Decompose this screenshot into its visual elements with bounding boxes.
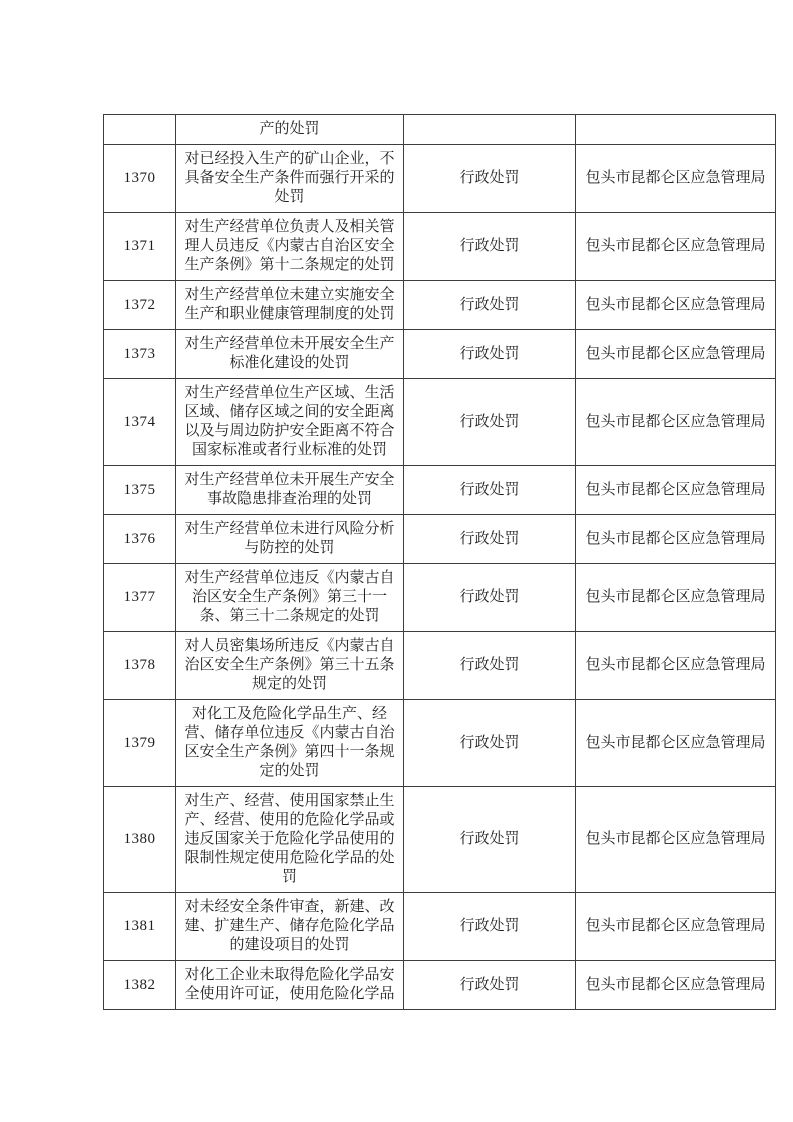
table-row: 1381 对未经安全条件审查，新建、改 建、扩建生产、储存危险化学品 的建设项目… <box>104 893 776 961</box>
implementing-agency-cell: 包头市昆都仑区应急管理局 <box>576 281 776 330</box>
table-row: 1371 对生产经营单位负责人及相关管 理人员违反《内蒙古自治区安全 生产条例》… <box>104 213 776 281</box>
implementing-agency-cell: 包头市昆都仑区应急管理局 <box>576 145 776 213</box>
penalty-items-table: 产的处罚 1370 对已经投入生产的矿山企业，不 具备安全生产条件而强行开采的 … <box>103 114 776 1010</box>
penalty-item-cell: 对生产经营单位违反《内蒙古自 治区安全生产条例》第三十一 条、第三十二条规定的处… <box>176 564 404 632</box>
document-page: 产的处罚 1370 对已经投入生产的矿山企业，不 具备安全生产条件而强行开采的 … <box>0 0 793 1122</box>
implementing-agency-cell: 包头市昆都仑区应急管理局 <box>576 330 776 379</box>
penalty-item-cell: 对未经安全条件审查，新建、改 建、扩建生产、储存危险化学品 的建设项目的处罚 <box>176 893 404 961</box>
row-number-cell: 1373 <box>104 330 176 379</box>
row-number-cell: 1372 <box>104 281 176 330</box>
penalty-item-cell: 对已经投入生产的矿山企业，不 具备安全生产条件而强行开采的 处罚 <box>176 145 404 213</box>
table-row: 1374 对生产经营单位生产区域、生活 区域、储存区域之间的安全距离 以及与周边… <box>104 379 776 466</box>
table-row: 1375 对生产经营单位未开展生产安全 事故隐患排查治理的处罚 行政处罚 包头市… <box>104 466 776 515</box>
table-row: 1372 对生产经营单位未建立实施安全 生产和职业健康管理制度的处罚 行政处罚 … <box>104 281 776 330</box>
row-number-cell <box>104 115 176 145</box>
penalty-type-cell: 行政处罚 <box>404 564 576 632</box>
implementing-agency-cell: 包头市昆都仑区应急管理局 <box>576 961 776 1010</box>
implementing-agency-cell: 包头市昆都仑区应急管理局 <box>576 787 776 893</box>
row-number-cell: 1374 <box>104 379 176 466</box>
row-number-cell: 1375 <box>104 466 176 515</box>
table-row: 1378 对人员密集场所违反《内蒙古自 治区安全生产条例》第三十五条 规定的处罚… <box>104 632 776 700</box>
implementing-agency-cell: 包头市昆都仑区应急管理局 <box>576 213 776 281</box>
penalty-item-cell: 对生产经营单位未开展生产安全 事故隐患排查治理的处罚 <box>176 466 404 515</box>
row-number-cell: 1379 <box>104 700 176 787</box>
penalty-item-cell: 对生产经营单位生产区域、生活 区域、储存区域之间的安全距离 以及与周边防护安全距… <box>176 379 404 466</box>
table-row: 1373 对生产经营单位未开展安全生产 标准化建设的处罚 行政处罚 包头市昆都仑… <box>104 330 776 379</box>
penalty-type-cell <box>404 115 576 145</box>
penalty-type-cell: 行政处罚 <box>404 281 576 330</box>
table-row: 1380 对生产、经营、使用国家禁止生 产、经营、使用的危险化学品或 违反国家关… <box>104 787 776 893</box>
table-row-continued: 产的处罚 <box>104 115 776 145</box>
row-number-cell: 1378 <box>104 632 176 700</box>
penalty-item-cell: 对化工企业未取得危险化学品安 全使用许可证，使用危险化学品 <box>176 961 404 1010</box>
implementing-agency-cell: 包头市昆都仑区应急管理局 <box>576 893 776 961</box>
row-number-cell: 1381 <box>104 893 176 961</box>
penalty-item-cell: 对化工及危险化学品生产、经 营、储存单位违反《内蒙古自治 区安全生产条例》第四十… <box>176 700 404 787</box>
penalty-type-cell: 行政处罚 <box>404 466 576 515</box>
penalty-type-cell: 行政处罚 <box>404 632 576 700</box>
implementing-agency-cell: 包头市昆都仑区应急管理局 <box>576 515 776 564</box>
implementing-agency-cell: 包头市昆都仑区应急管理局 <box>576 379 776 466</box>
penalty-type-cell: 行政处罚 <box>404 787 576 893</box>
penalty-type-cell: 行政处罚 <box>404 145 576 213</box>
penalty-item-cell: 对生产、经营、使用国家禁止生 产、经营、使用的危险化学品或 违反国家关于危险化学… <box>176 787 404 893</box>
penalty-type-cell: 行政处罚 <box>404 700 576 787</box>
row-number-cell: 1371 <box>104 213 176 281</box>
row-number-cell: 1380 <box>104 787 176 893</box>
table-row: 1377 对生产经营单位违反《内蒙古自 治区安全生产条例》第三十一 条、第三十二… <box>104 564 776 632</box>
penalty-type-cell: 行政处罚 <box>404 379 576 466</box>
table-row: 1370 对已经投入生产的矿山企业，不 具备安全生产条件而强行开采的 处罚 行政… <box>104 145 776 213</box>
row-number-cell: 1370 <box>104 145 176 213</box>
row-number-cell: 1376 <box>104 515 176 564</box>
row-number-cell: 1382 <box>104 961 176 1010</box>
implementing-agency-cell: 包头市昆都仑区应急管理局 <box>576 700 776 787</box>
penalty-item-cell: 对生产经营单位未建立实施安全 生产和职业健康管理制度的处罚 <box>176 281 404 330</box>
implementing-agency-cell: 包头市昆都仑区应急管理局 <box>576 564 776 632</box>
penalty-item-cell: 对生产经营单位未进行风险分析 与防控的处罚 <box>176 515 404 564</box>
penalty-type-cell: 行政处罚 <box>404 213 576 281</box>
penalty-item-cell: 对人员密集场所违反《内蒙古自 治区安全生产条例》第三十五条 规定的处罚 <box>176 632 404 700</box>
implementing-agency-cell: 包头市昆都仑区应急管理局 <box>576 632 776 700</box>
table-row: 1382 对化工企业未取得危险化学品安 全使用许可证，使用危险化学品 行政处罚 … <box>104 961 776 1010</box>
penalty-item-cell: 产的处罚 <box>176 115 404 145</box>
table-row: 1376 对生产经营单位未进行风险分析 与防控的处罚 行政处罚 包头市昆都仑区应… <box>104 515 776 564</box>
penalty-type-cell: 行政处罚 <box>404 893 576 961</box>
table-row: 1379 对化工及危险化学品生产、经 营、储存单位违反《内蒙古自治 区安全生产条… <box>104 700 776 787</box>
penalty-item-cell: 对生产经营单位负责人及相关管 理人员违反《内蒙古自治区安全 生产条例》第十二条规… <box>176 213 404 281</box>
penalty-type-cell: 行政处罚 <box>404 330 576 379</box>
penalty-item-cell: 对生产经营单位未开展安全生产 标准化建设的处罚 <box>176 330 404 379</box>
row-number-cell: 1377 <box>104 564 176 632</box>
penalty-type-cell: 行政处罚 <box>404 961 576 1010</box>
penalty-type-cell: 行政处罚 <box>404 515 576 564</box>
implementing-agency-cell <box>576 115 776 145</box>
implementing-agency-cell: 包头市昆都仑区应急管理局 <box>576 466 776 515</box>
